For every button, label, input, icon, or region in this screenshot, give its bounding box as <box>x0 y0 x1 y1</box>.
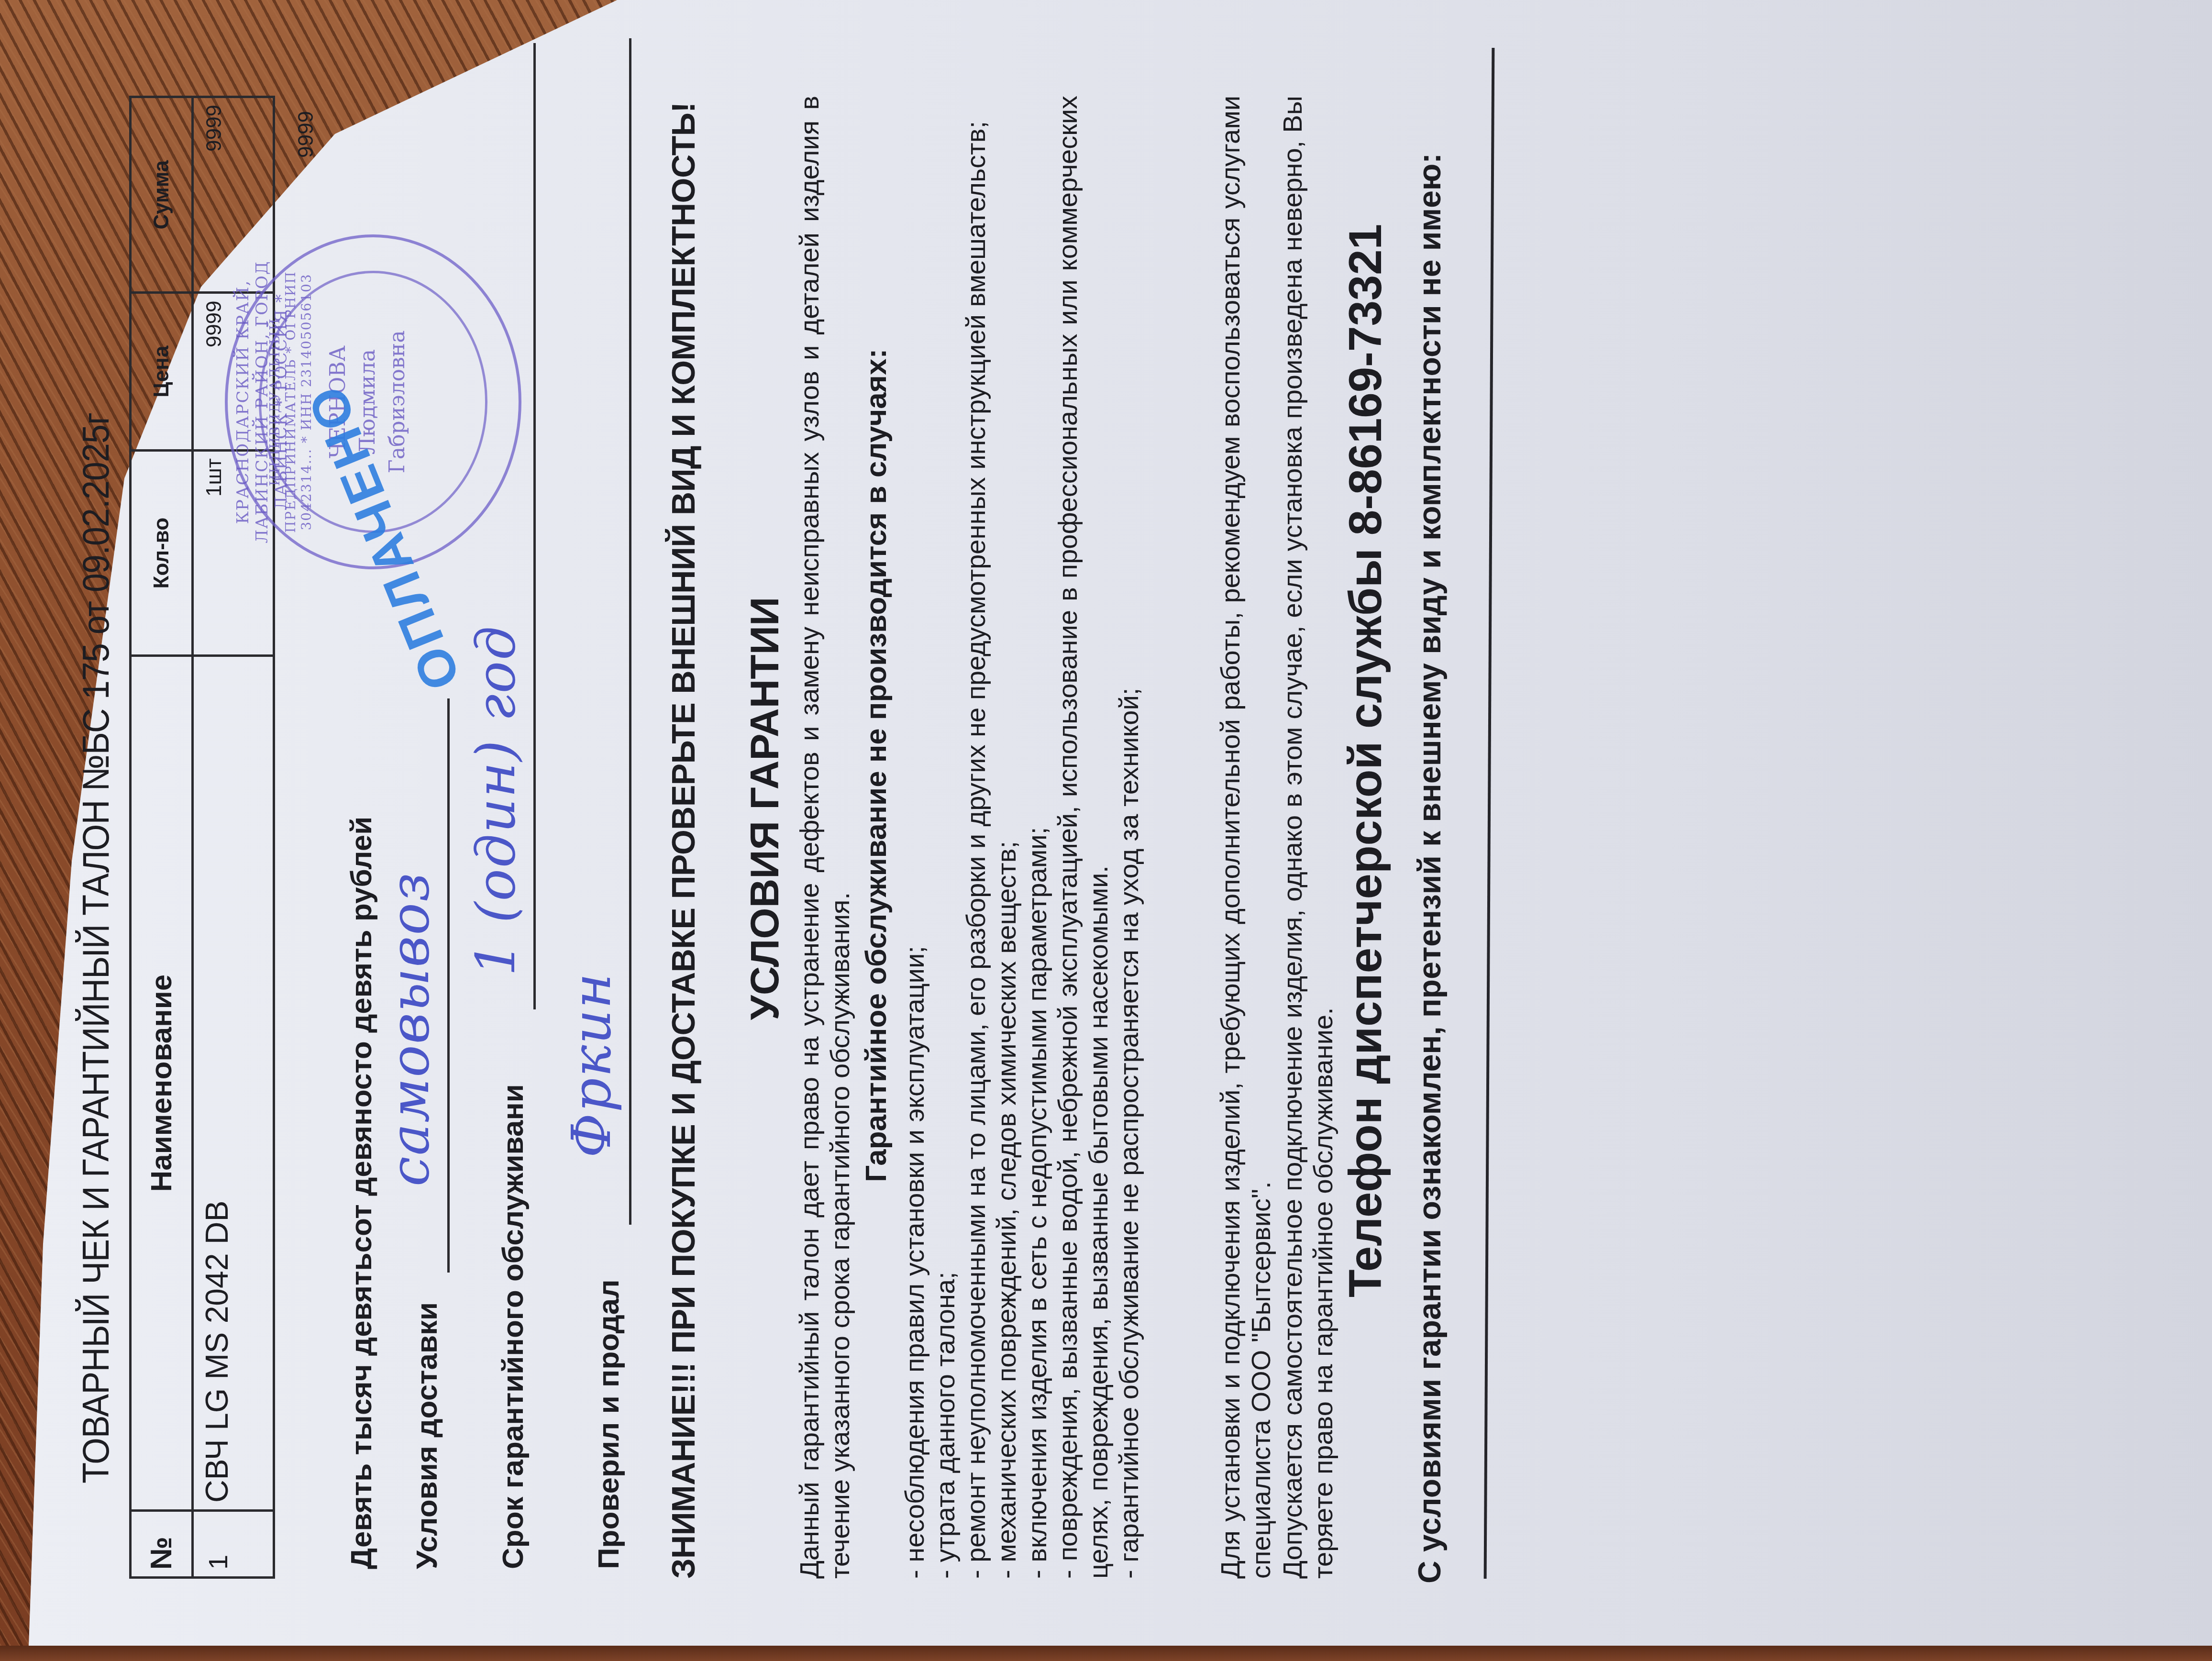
document-title: ТОВАРНЫЙ ЧЕК И ГАРАНТИЙНЫЙ ТАЛОН №БС 175… <box>72 233 120 1598</box>
warranty-label: Срок гарантийного обслуживани <box>496 1084 530 1569</box>
col-number: № <box>131 1511 193 1578</box>
exclusions-heading: Гарантийное обслуживание не производится… <box>861 96 892 1579</box>
seller-signature: Фркин <box>561 973 623 1158</box>
exclusion-item: повреждения, вызванные водой, небрежной … <box>1052 96 1114 1579</box>
total-amount: 9999 <box>294 111 318 158</box>
self-install-note: Допускается самостоятельное подключение … <box>1277 96 1338 1579</box>
delivery-underline <box>447 698 450 1273</box>
seller-underline <box>629 38 631 1225</box>
exclusions-list: несоблюдения правил установки и эксплуат… <box>899 96 1144 1579</box>
exclusion-item: ремонт неуполномоченными на то лицами, е… <box>961 96 991 1579</box>
exclusion-item: механических повреждений, следов химичес… <box>991 96 1022 1579</box>
receipt-document: ТОВАРНЫЙ ЧЕК И ГАРАНТИЙНЫЙ ТАЛОН №БС 175… <box>72 48 1507 1598</box>
dispatch-phone: Телефон диспетчерской службы 8-86169-733… <box>1339 115 1392 1598</box>
col-sum: Сумма <box>131 97 193 293</box>
signature-line <box>1484 48 1495 1579</box>
delivery-label: Условия доставки <box>410 1302 444 1569</box>
exclusion-item: гарантийное обслуживание не распространя… <box>1114 96 1144 1579</box>
table-header-row: № Наименование Кол-во Цена Сумма <box>131 97 193 1578</box>
col-name: Наименование <box>131 656 193 1511</box>
installation-note: Для установки и подключения изделий, тре… <box>1215 96 1276 1579</box>
conditions-intro: Данный гарантийный талон дает право на у… <box>794 96 855 1579</box>
exclusion-item: утрата данного талона; <box>930 96 961 1579</box>
warranty-underline <box>533 43 536 1009</box>
delivery-handwritten: самовывоз <box>379 872 441 1186</box>
acknowledgement-line: С условиями гарантии ознакомлен, претенз… <box>1411 53 1448 1583</box>
amount-in-words: Девять тысяч девятьсот девяносто девять … <box>344 817 378 1569</box>
warranty-handwritten: 1 (один) год <box>465 625 527 976</box>
seller-field: Проверил и продал Фркин <box>560 86 631 1569</box>
exclusion-item: включения изделия в сеть с недопустимыми… <box>1022 96 1052 1579</box>
col-qty: Кол-во <box>131 450 193 655</box>
attention-notice: ЗНИМАНИЕ!!! ПРИ ПОКУПКЕ И ДОСТАВКЕ ПРОВЕ… <box>665 48 702 1579</box>
exclusion-item: несоблюдения правил установки и эксплуат… <box>899 96 930 1579</box>
row-number: 1 <box>193 1511 274 1578</box>
col-price: Цена <box>131 293 193 451</box>
row-name: СВЧ LG MS 2042 DB <box>193 656 274 1511</box>
conditions-title: УСЛОВИЯ ГАРАНТИИ <box>741 115 788 1598</box>
seller-label: Проверил и продал <box>592 1279 626 1569</box>
table-edge <box>0 1646 2212 1661</box>
